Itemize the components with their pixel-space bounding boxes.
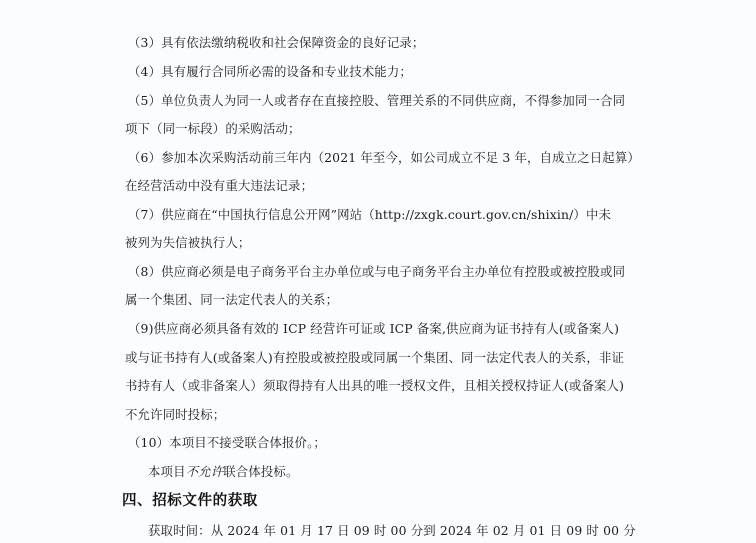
requirement-9: （9)供应商必须具备有效的 ICP 经营许可证或 ICP 备案,供应商为证书持有…	[128, 321, 619, 337]
requirement-3: （3）具有依法缴纳税收和社会保障资金的良好记录；	[128, 35, 424, 51]
document-page: （3）具有依法缴纳税收和社会保障资金的良好记录； （4）具有履行合同所必需的设备…	[0, 0, 756, 543]
requirement-7-cont: 被列为失信被执行人；	[125, 235, 250, 251]
requirement-6-cont: 在经营活动中没有重大违法记录；	[125, 178, 313, 194]
consortium-note-suffix: 联合体投标。	[223, 464, 298, 479]
acquisition-time: 获取时间：从 2024 年 01 月 17 日 09 时 00 分到 2024 …	[148, 523, 636, 539]
requirement-5: （5）单位负责人为同一人或者存在直接控股、管理关系的不同供应商，不得参加同一合同	[128, 93, 625, 109]
requirement-8-cont: 属一个集团、同一法定代表人的关系；	[125, 292, 338, 308]
requirement-8: （8）供应商必须是电子商务平台主办单位或与电子商务平台主办单位有控股或被控股或同	[128, 264, 625, 280]
requirement-9-cont-1: 或与证书持有人(或备案人)有控股或被控股或同属一个集团、同一法定代表人的关系，非…	[125, 350, 624, 366]
requirement-9-cont-3: 不允许同时投标；	[125, 407, 225, 423]
requirement-7: （7）供应商在“中国执行信息公开网”网站（http://zxgk.court.g…	[128, 207, 611, 223]
requirement-6: （6）参加本次采购活动前三年内（2021 年至今，如公司成立不足 3 年，自成立…	[128, 150, 640, 166]
requirement-10: （10）本项目不接受联合体报价。；	[128, 435, 326, 451]
consortium-note: 本项目不允许联合体投标。	[148, 464, 299, 480]
consortium-note-prefix: 本项目	[148, 464, 186, 479]
consortium-note-emphasis: 不允许	[186, 464, 224, 479]
requirement-9-cont-2: 书持有人（或非备案人）须取得持有人出具的唯一授权文件，且相关授权持证人(或备案人…	[125, 378, 624, 394]
section-heading: 四、招标文件的获取	[122, 492, 258, 510]
requirement-4: （4）具有履行合同所必需的设备和专业技术能力；	[128, 64, 412, 80]
requirement-5-cont: 项下（同一标段）的采购活动；	[125, 121, 301, 137]
